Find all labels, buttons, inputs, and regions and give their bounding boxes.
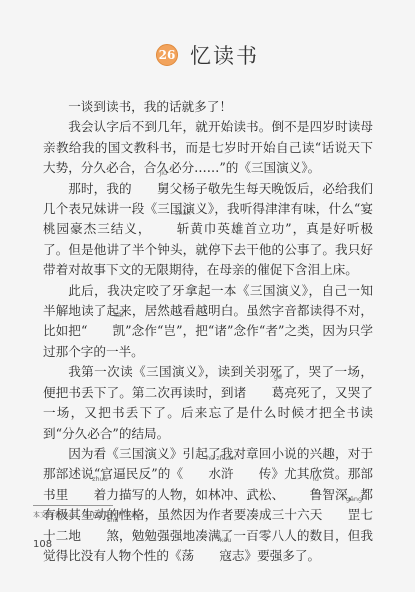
annotated-character: 葛gě — [246, 383, 284, 403]
paragraph: 此后，我决定咬了牙拿起一本《三国演义》，自己一知半解地读了起来，居然越看越明白。… — [43, 281, 373, 363]
paragraph: 我会认字后不到几年，就开始读书。倒不是四岁时读母亲教给我的国文教科书，而是七岁时… — [43, 117, 373, 178]
pinyin-annotation: zhuó — [67, 476, 108, 483]
annotated-character: 煞shà — [81, 526, 119, 546]
pinyin-annotation: gě — [249, 374, 282, 381]
pinyin-annotation: kǎi — [89, 312, 124, 319]
pinyin-annotation: lǔ — [288, 476, 319, 483]
lesson-header: 26 忆读书 — [0, 40, 415, 70]
footnote: 本文作者冰心，选作课文时有改动。 — [33, 510, 145, 520]
pinyin-annotation: zhǎn — [150, 210, 191, 217]
annotated-character: 水浒hǔ zhuàn — [183, 464, 233, 484]
paragraph: 我第一次读《三国演义》，读到关羽死了，哭了一场，便把书丢下了。第二次再读时，到诸… — [43, 362, 373, 444]
pinyin-annotation: gāng — [321, 496, 363, 503]
footnote-divider — [33, 505, 113, 506]
annotated-character: 寇kòu — [194, 546, 232, 566]
annotated-character: 鲁lǔ — [284, 485, 322, 505]
paragraph: 一谈到读书，我的话就多了！ — [43, 97, 373, 117]
lesson-title: 忆读书 — [190, 40, 259, 70]
annotated-character: 斩zhǎn — [152, 219, 190, 239]
annotated-character: 罡gāng — [323, 505, 361, 525]
article-body: 一谈到读书，我的话就多了！我会认字后不到几年，就开始读书。倒不是四岁时读母亲教给… — [43, 97, 373, 566]
page-number: 108 — [33, 539, 52, 550]
annotated-character: 舅jiù — [132, 179, 170, 199]
annotated-character: 着zhuó — [68, 485, 106, 505]
paragraph: 那时，我的舅jiù父杨子敬先生每天晚饭后，必给我们几个表兄妹讲一段《三国演义》，… — [43, 179, 373, 281]
annotated-character: 传 — [234, 464, 272, 484]
annotated-character: 凯kǎi — [87, 321, 125, 341]
lesson-number-badge: 26 — [156, 44, 178, 66]
pinyin-annotation: hǔ zhuàn — [181, 455, 236, 462]
pinyin-annotation: jiù — [134, 170, 167, 177]
pinyin-annotation: kòu — [195, 537, 232, 544]
